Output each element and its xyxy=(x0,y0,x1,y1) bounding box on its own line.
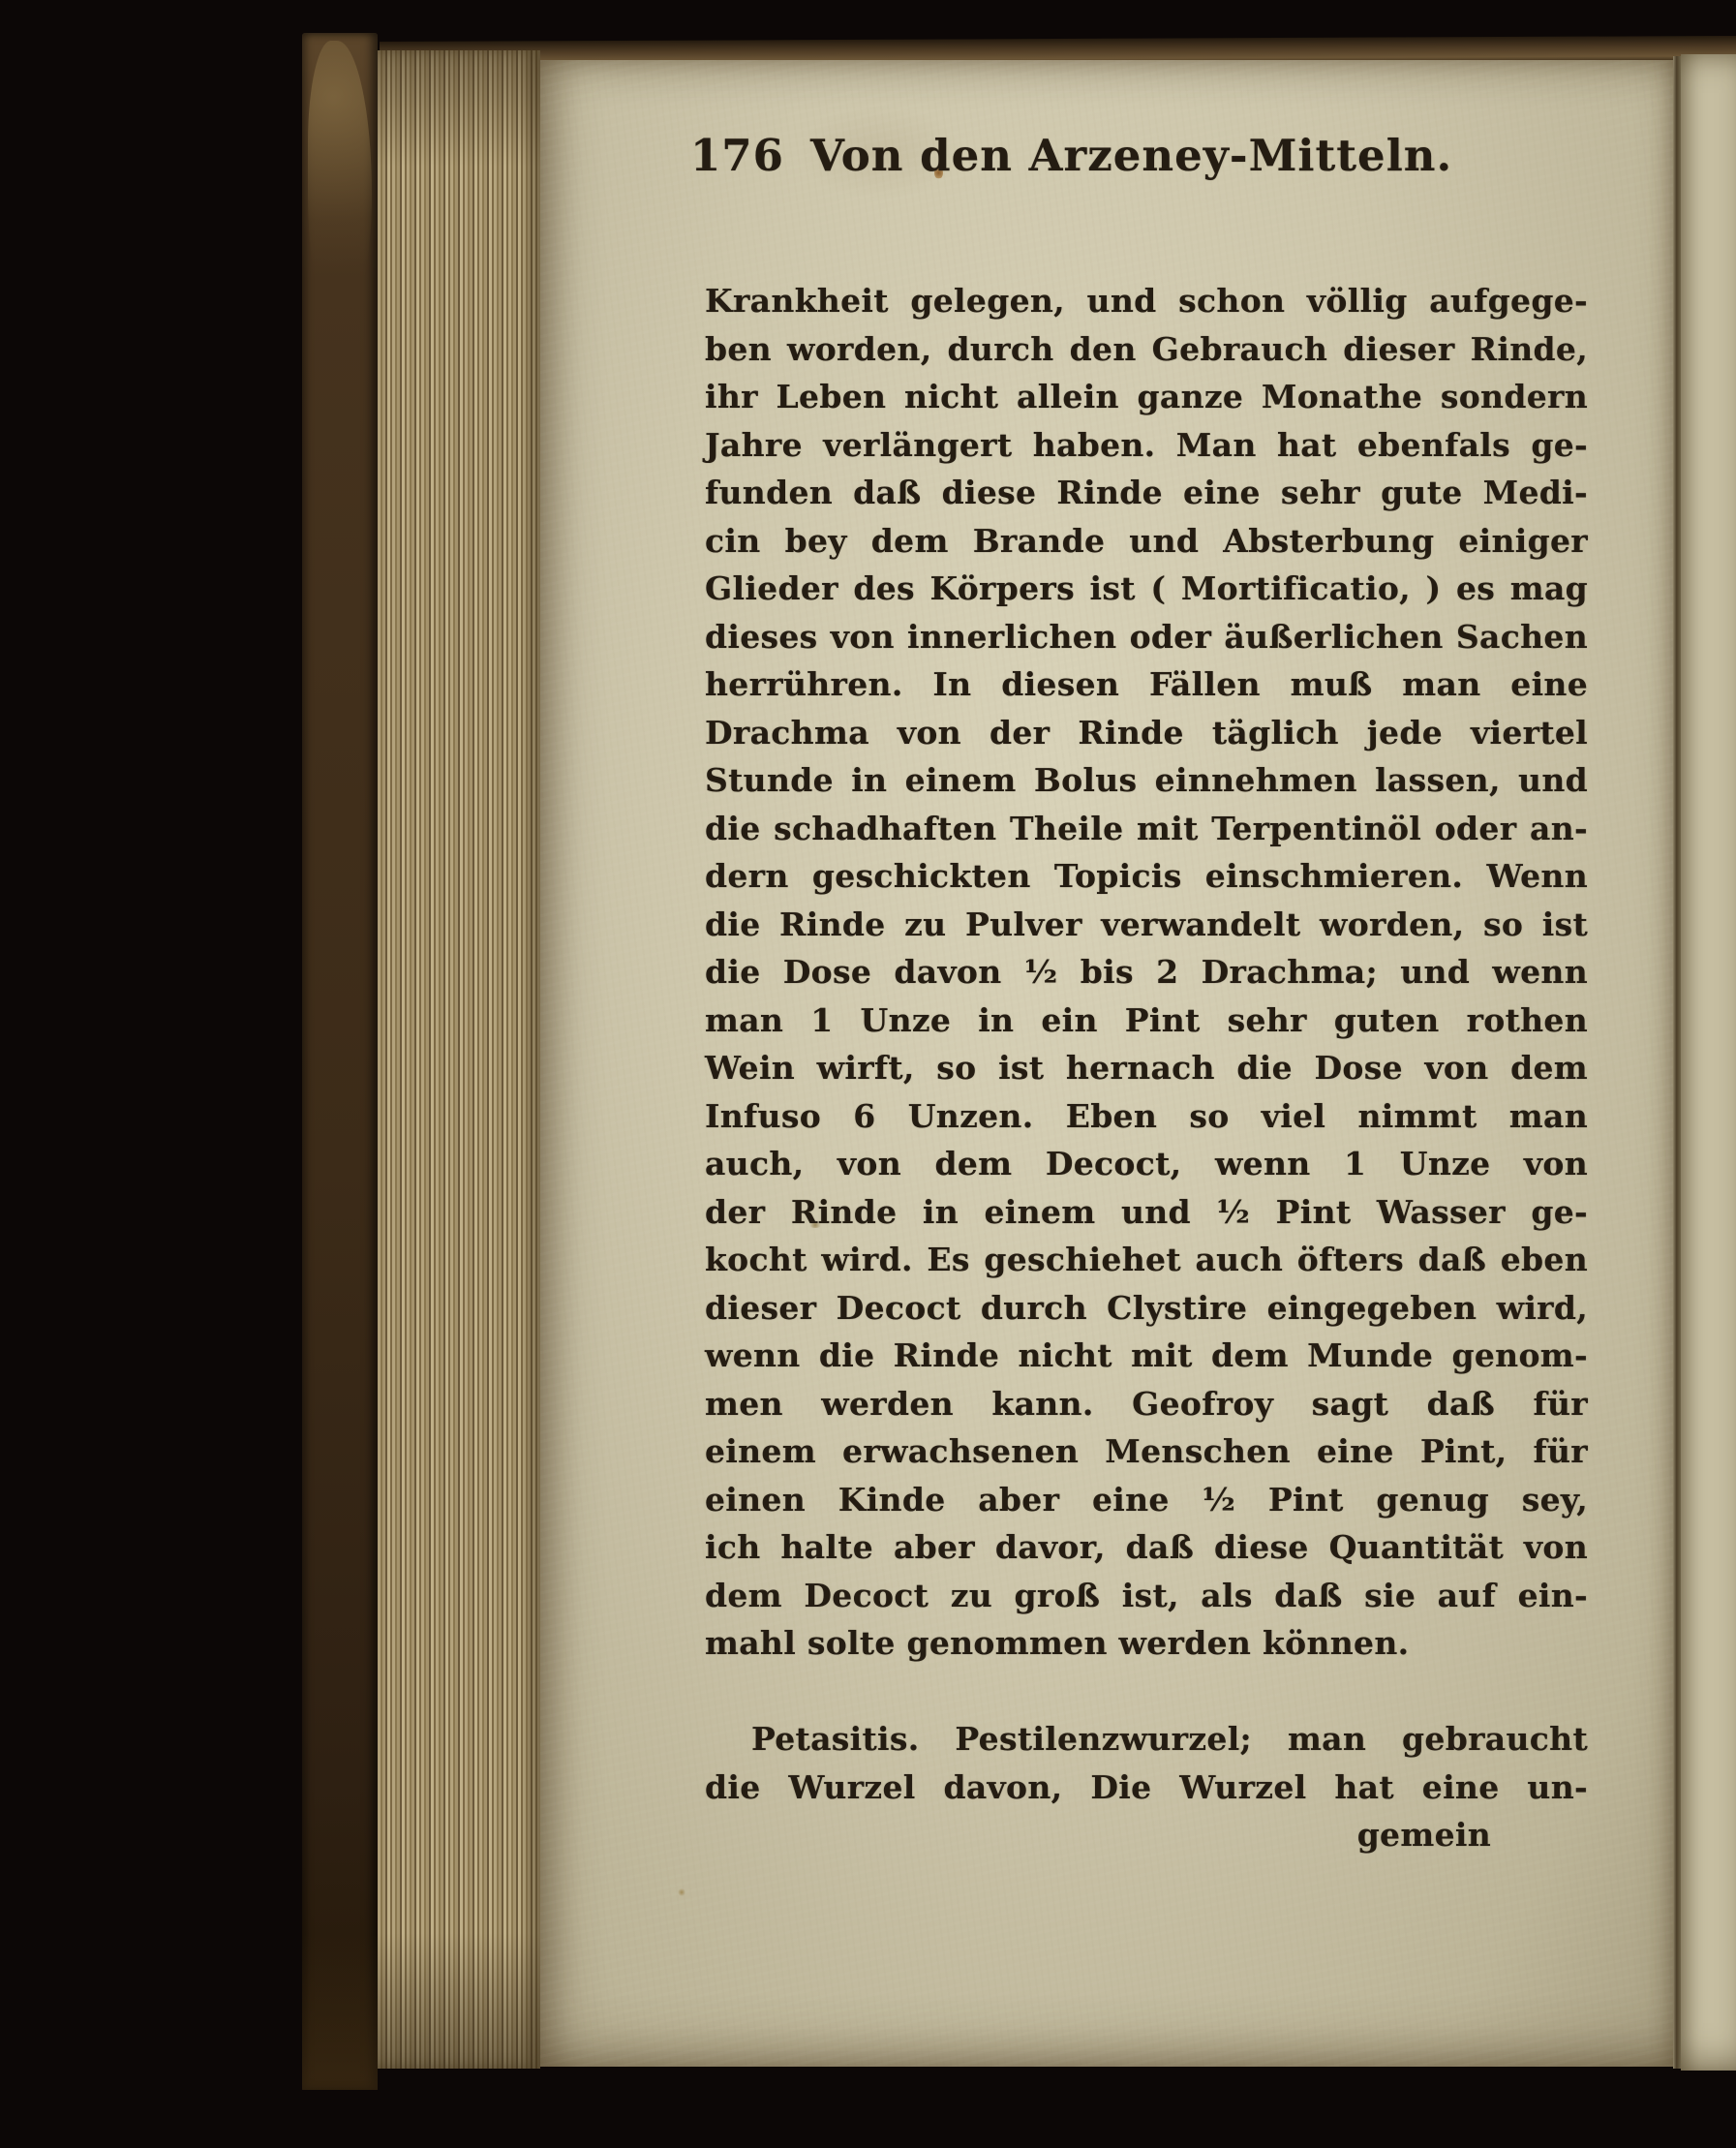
text-line: mahl solte genommen werden können. xyxy=(705,1619,1588,1668)
paragraph-gap xyxy=(705,1668,1588,1716)
fanned-page-edges xyxy=(378,50,540,2069)
catchword: gemein xyxy=(705,1811,1588,1859)
text-line: dem Decoct zu groß ist, als daß sie auf … xyxy=(705,1572,1588,1620)
text-line: Drachma von der Rinde täglich jede viert… xyxy=(705,709,1588,757)
text-line: Petasitis. Pestilenzwurzel; man gebrauch… xyxy=(705,1715,1588,1764)
text-line: die schadhaften Theile mit Terpentinöl o… xyxy=(705,805,1588,853)
text-line: funden daß diese Rinde eine sehr gute Me… xyxy=(705,469,1588,517)
body-text: Krankheit gelegen, und schon völlig aufg… xyxy=(705,277,1588,1859)
text-line: einen Kinde aber eine ½ Pint genug sey, xyxy=(705,1476,1588,1524)
book-scan: 176 Von den Arzeney-Mitteln. Krankheit g… xyxy=(0,0,1736,2148)
text-line: die Wurzel davon, Die Wurzel hat eine un… xyxy=(705,1764,1588,1812)
text-line: die Rinde zu Pulver verwandelt worden, s… xyxy=(705,901,1588,949)
text-line: Glieder des Körpers ist ( Mortificatio, … xyxy=(705,565,1588,613)
text-line: Krankheit gelegen, und schon völlig aufg… xyxy=(705,277,1588,325)
text-line: man 1 Unze in ein Pint sehr guten rothen xyxy=(705,997,1588,1045)
page-number: 176 xyxy=(690,130,784,181)
page-header: 176 Von den Arzeney-Mitteln. xyxy=(690,130,1452,181)
adjacent-page-edge xyxy=(1681,54,1736,2071)
running-title: Von den Arzeney-Mitteln. xyxy=(810,130,1452,181)
text-lines: Krankheit gelegen, und schon völlig aufg… xyxy=(705,277,1588,1811)
text-line: ben worden, durch den Gebrauch dieser Ri… xyxy=(705,325,1588,374)
text-line: Stunde in einem Bolus einnehmen lassen, … xyxy=(705,756,1588,805)
text-line: Jahre verlängert haben. Man hat ebenfals… xyxy=(705,421,1588,470)
text-line: dieses von innerlichen oder äußerlichen … xyxy=(705,613,1588,661)
text-line: dieser Decoct durch Clystire eingegeben … xyxy=(705,1284,1588,1333)
text-line: wenn die Rinde nicht mit dem Munde genom… xyxy=(705,1332,1588,1380)
text-line: ihr Leben nicht allein ganze Monathe son… xyxy=(705,373,1588,421)
text-line: auch, von dem Decoct, wenn 1 Unze von xyxy=(705,1140,1588,1188)
text-line: men werden kann. Geofroy sagt daß für xyxy=(705,1380,1588,1428)
text-line: dern geschickten Topicis einschmieren. W… xyxy=(705,852,1588,901)
book-spine-leather xyxy=(302,33,378,2090)
text-line: cin bey dem Brande und Absterbung einige… xyxy=(705,517,1588,566)
page-gutter-fold xyxy=(1673,56,1681,2069)
text-line: einem erwachsenen Menschen eine Pint, fü… xyxy=(705,1427,1588,1476)
text-line: Wein wirft, so ist hernach die Dose von … xyxy=(705,1044,1588,1092)
text-line: ich halte aber davor, daß diese Quantitä… xyxy=(705,1523,1588,1572)
text-line: herrühren. In diesen Fällen muß man eine xyxy=(705,660,1588,709)
text-line: kocht wird. Es geschiehet auch öfters da… xyxy=(705,1236,1588,1284)
paper-speck xyxy=(678,1888,685,1896)
text-line: der Rinde in einem und ½ Pint Wasser ge- xyxy=(705,1188,1588,1237)
text-line: die Dose davon ½ bis 2 Drachma; und wenn xyxy=(705,948,1588,997)
text-line: Infuso 6 Unzen. Eben so viel nimmt man xyxy=(705,1092,1588,1141)
